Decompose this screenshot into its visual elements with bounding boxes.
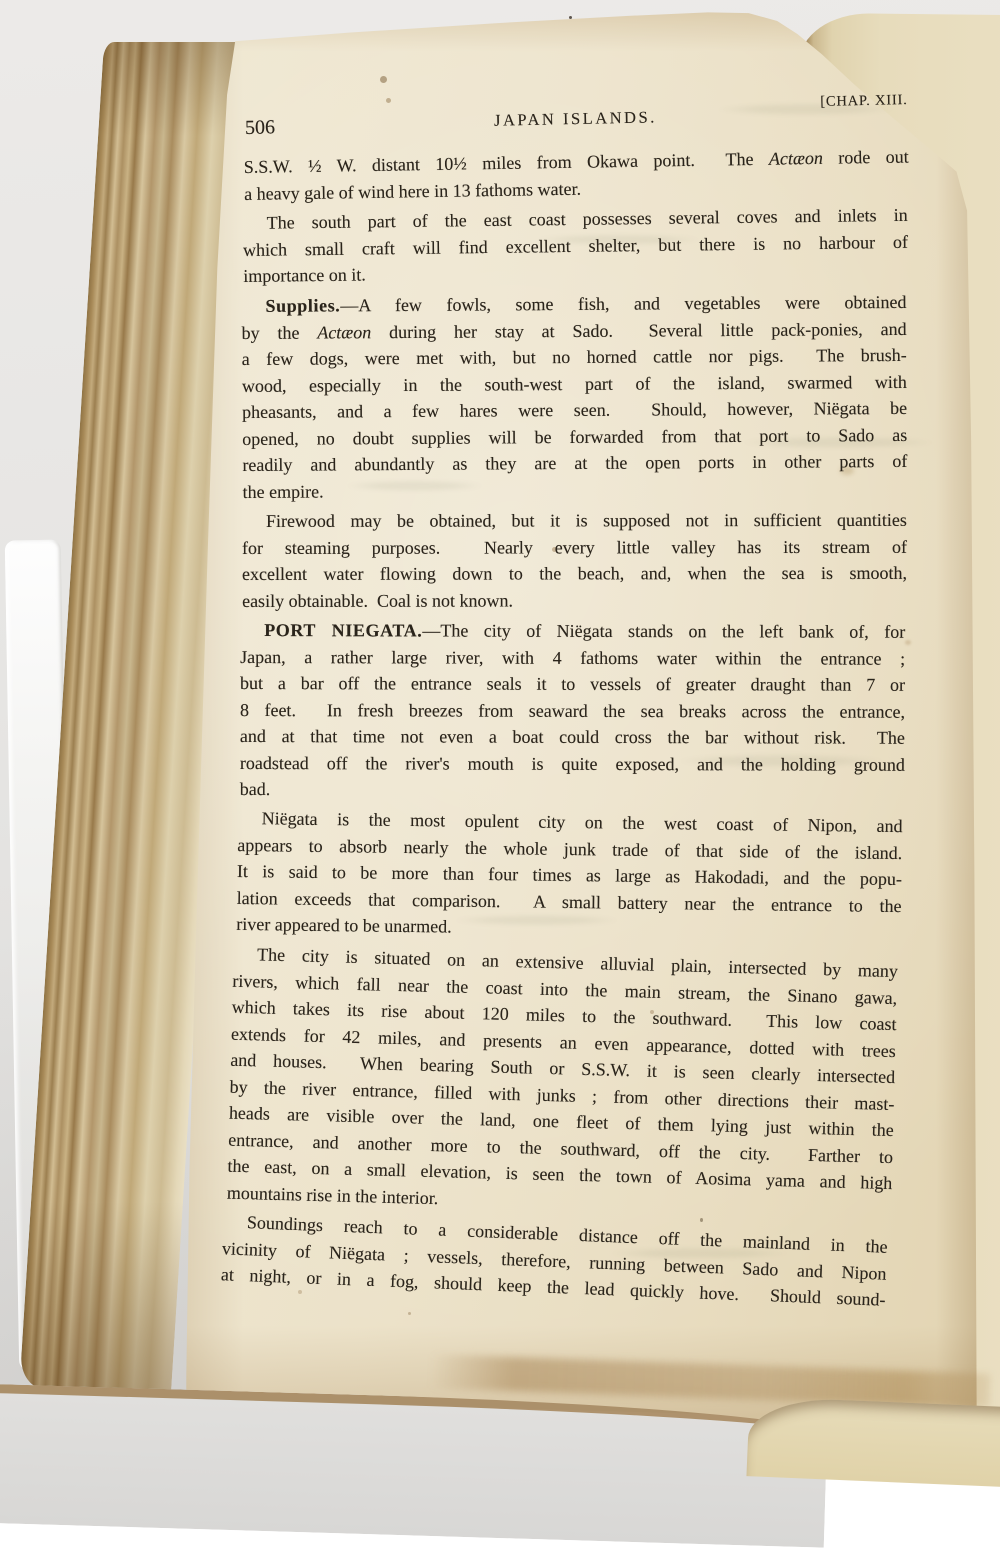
under-page-curl xyxy=(746,1396,1000,1456)
text-line: 8 feet. In fresh breezes from seaward th… xyxy=(240,696,905,724)
text-line: opened, no doubt supplies will be forwar… xyxy=(242,421,907,452)
text-line: wood, especially in the south-west part … xyxy=(242,368,907,399)
text-line: roadstead off the river's mouth is quite… xyxy=(240,749,905,777)
running-title: JAPAN ISLANDS. xyxy=(494,107,657,130)
paragraph: The city is situated on an extensive all… xyxy=(227,940,899,1222)
text-line: pheasants, and a few hares were seen. Sh… xyxy=(242,394,907,425)
text-line: readily and abundantly as they are at th… xyxy=(242,447,907,478)
text-line: Japan, a rather large river, with 4 fath… xyxy=(240,643,905,671)
paragraph: PORT NIEGATA.—The city of Niëgata stands… xyxy=(240,616,905,803)
text-line: Supplies.—A few fowls, some fish, and ve… xyxy=(241,288,906,319)
text-line: by the Actæon during her stay at Sado. S… xyxy=(242,315,907,346)
photo-background: 506 JAPAN ISLANDS. [CHAP. XIII. S.S.W. ½… xyxy=(0,0,1000,1456)
text-line: excellent water flowing down to the beac… xyxy=(242,559,907,587)
paragraph: S.S.W. ½ W. distant 10½ miles from Okawa… xyxy=(244,144,910,207)
paragraph: Niëgata is the most opulent city on the … xyxy=(236,805,903,946)
text-line: and at that time not even a boat could c… xyxy=(240,722,905,750)
text-line: but a bar off the entrance seals it to v… xyxy=(240,669,905,697)
text-line: PORT NIEGATA.—The city of Niëgata stands… xyxy=(240,616,905,644)
paragraph: The south part of the east coast possess… xyxy=(243,202,909,290)
foxing-spot xyxy=(569,16,572,19)
text-line: the empire. xyxy=(242,474,907,505)
text-line: bad. xyxy=(240,775,905,803)
paragraph: Supplies.—A few fowls, some fish, and ve… xyxy=(241,288,907,504)
text-block: S.S.W. ½ W. distant 10½ miles from Okawa… xyxy=(242,154,907,1288)
page-number: 506 xyxy=(245,116,275,140)
text-line: Firewood may be obtained, but it is supp… xyxy=(242,506,907,534)
text-line: a few dogs, were met with, but no horned… xyxy=(242,341,907,372)
text-line: easily obtainable. Coal is not known. xyxy=(242,586,907,614)
paragraph: Firewood may be obtained, but it is supp… xyxy=(242,506,907,613)
text-line: for steaming purposes. Nearly every litt… xyxy=(242,533,907,561)
chapter-label: [CHAP. XIII. xyxy=(820,92,908,111)
